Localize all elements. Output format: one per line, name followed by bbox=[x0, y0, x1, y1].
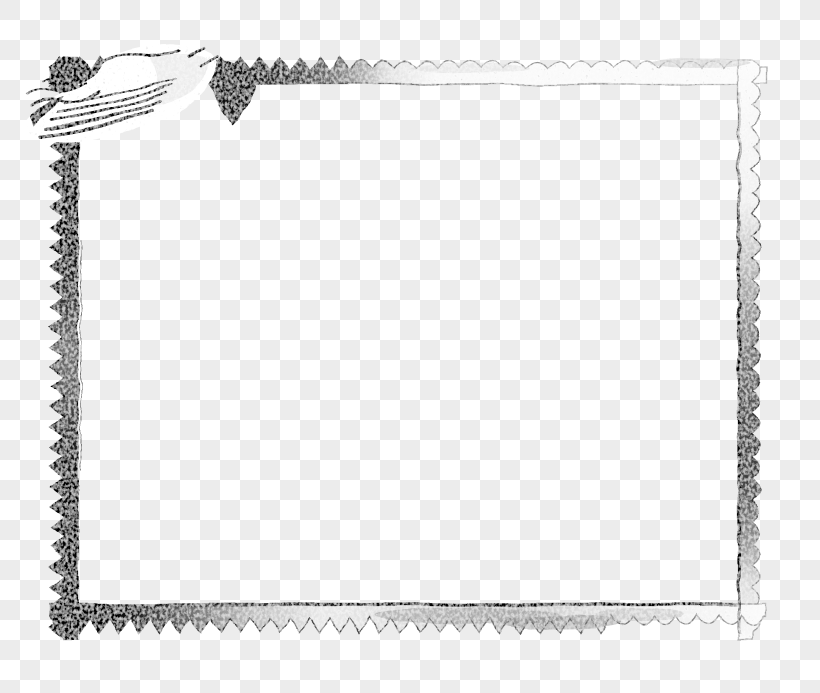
bottom-band-smudge bbox=[595, 609, 685, 621]
frame-right-border bbox=[738, 60, 760, 639]
frame-left-border bbox=[50, 57, 78, 639]
frame-artwork bbox=[0, 0, 820, 693]
brush-stroke-decoration bbox=[26, 44, 217, 143]
top-band-smudge bbox=[650, 58, 750, 68]
top-band-smudge bbox=[410, 63, 530, 73]
frame-border bbox=[50, 57, 766, 639]
frame-clipart: Black and white decorative rectangular f… bbox=[0, 0, 820, 693]
